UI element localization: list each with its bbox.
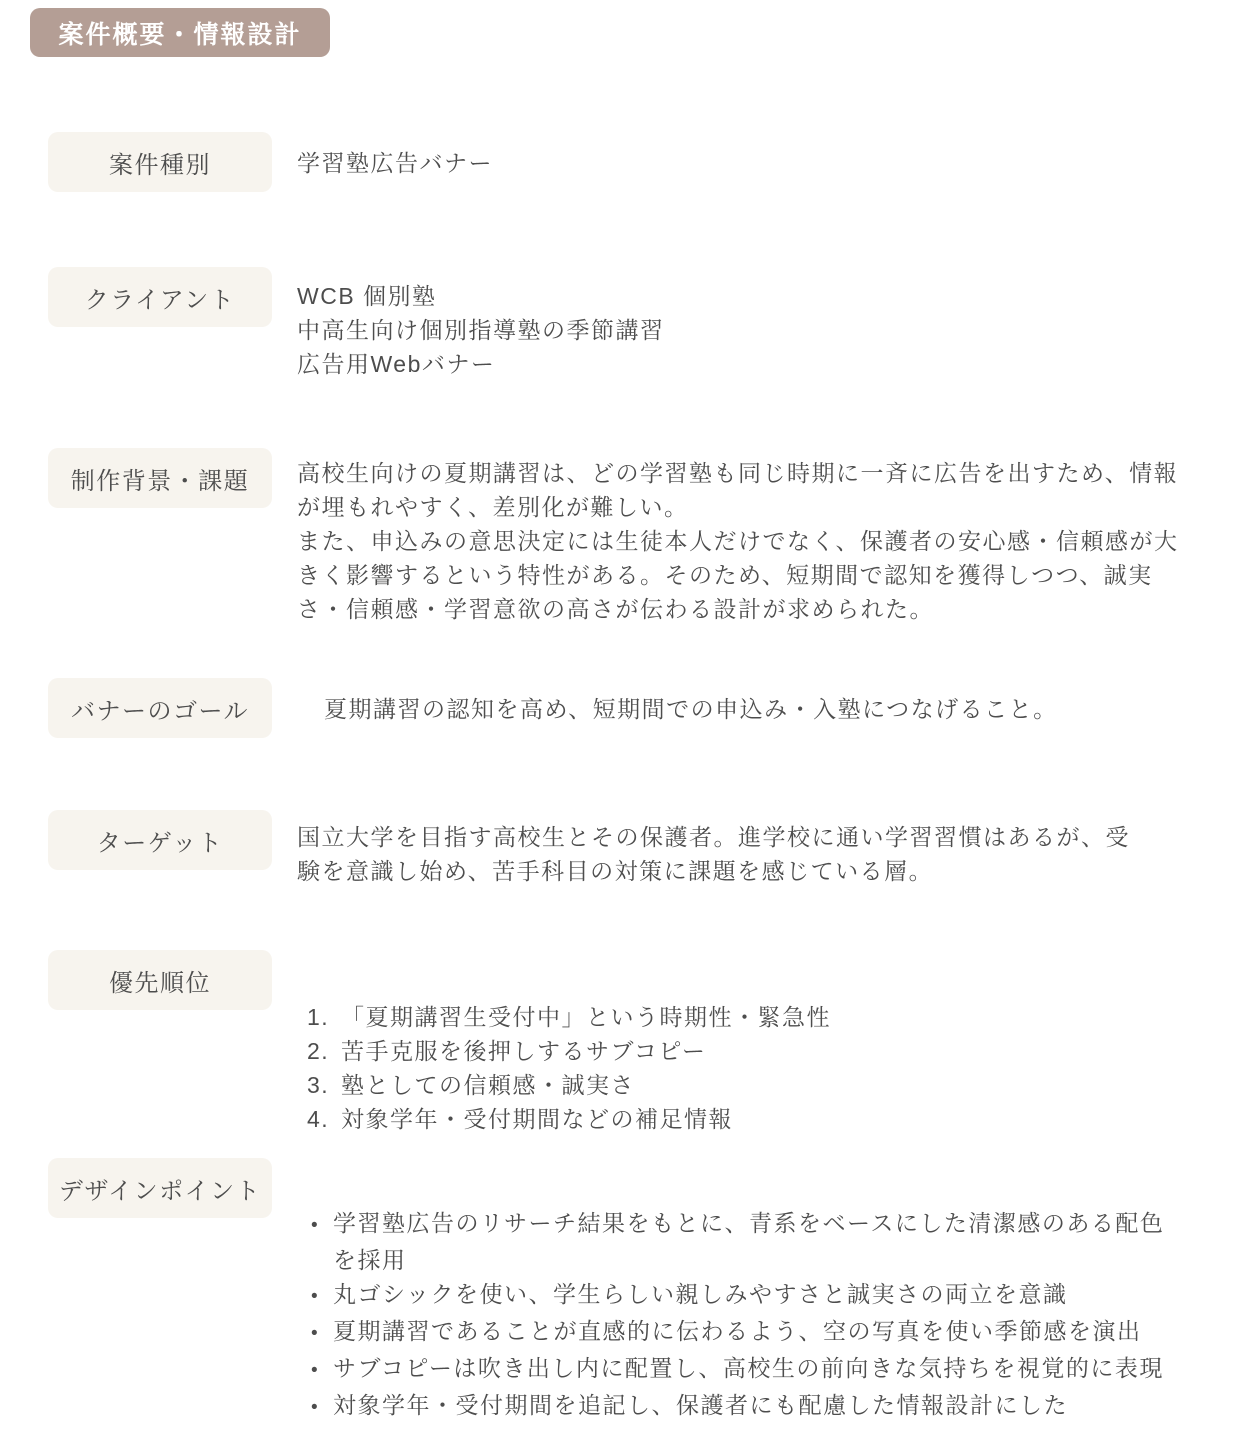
section-design-points: デザインポイント 学習塾広告のリサーチ結果をもとに、青系をベースにした清潔感のあ… bbox=[48, 1158, 1227, 1454]
section-background-issues: 制作背景・課題 高校生向けの夏期講習は、どの学習塾も同じ時期に一斉に広告を出すた… bbox=[48, 448, 1227, 626]
section-banner-goal: バナーのゴール 夏期講習の認知を高め、短期間での申込み・入塾につなげること。 bbox=[48, 678, 1227, 738]
section-design-points-label: デザインポイント bbox=[48, 1158, 272, 1218]
section-priority-value: 「夏期講習生受付中」という時期性・緊急性苦手克服を後押しするサブコピー塾としての… bbox=[297, 950, 1227, 1170]
section-priority: 優先順位 「夏期講習生受付中」という時期性・緊急性苦手克服を後押しするサブコピー… bbox=[48, 950, 1227, 1170]
section-client-value: WCB 個別塾 中高生向け個別指導塾の季節講習 広告用Webバナー bbox=[297, 267, 1227, 381]
section-background-issues-label: 制作背景・課題 bbox=[48, 448, 272, 508]
list-item: 学習塾広告のリサーチ結果をもとに、青系をベースにした清潔感のある配色 を採用 bbox=[307, 1206, 1227, 1277]
section-target: ターゲット 国立大学を目指す高校生とその保護者。進学校に通い学習習慣はあるが、受… bbox=[48, 810, 1227, 888]
list-item: 丸ゴシックを使い、学生らしい親しみやすさと誠実さの両立を意識 bbox=[307, 1277, 1227, 1314]
section-project-type-value: 学習塾広告バナー bbox=[297, 132, 1227, 180]
list-item: 「夏期講習生受付中」という時期性・緊急性 bbox=[307, 1000, 1227, 1034]
list-item: 塾としての信頼感・誠実さ bbox=[307, 1068, 1227, 1102]
section-target-label: ターゲット bbox=[48, 810, 272, 870]
list-item: 夏期講習であることが直感的に伝わるよう、空の写真を使い季節感を演出 bbox=[307, 1314, 1227, 1351]
section-client-label: クライアント bbox=[48, 267, 272, 327]
priority-list: 「夏期講習生受付中」という時期性・緊急性苦手克服を後押しするサブコピー塾としての… bbox=[297, 1000, 1227, 1136]
section-banner-goal-label: バナーのゴール bbox=[48, 678, 272, 738]
list-item: 苦手克服を後押しするサブコピー bbox=[307, 1034, 1227, 1068]
section-design-points-value: 学習塾広告のリサーチ結果をもとに、青系をベースにした清潔感のある配色 を採用丸ゴ… bbox=[297, 1158, 1227, 1454]
section-target-value: 国立大学を目指す高校生とその保護者。進学校に通い学習習慣はあるが、受 験を意識し… bbox=[297, 810, 1227, 888]
section-client: クライアント WCB 個別塾 中高生向け個別指導塾の季節講習 広告用Webバナー bbox=[48, 267, 1227, 381]
section-project-type-label: 案件種別 bbox=[48, 132, 272, 192]
section-project-type: 案件種別 学習塾広告バナー bbox=[48, 132, 1227, 192]
section-background-issues-value: 高校生向けの夏期講習は、どの学習塾も同じ時期に一斉に広告を出すため、情報 が埋も… bbox=[297, 448, 1227, 626]
list-item: 対象学年・受付期間などの補足情報 bbox=[307, 1102, 1227, 1136]
section-banner-goal-value: 夏期講習の認知を高め、短期間での申込み・入塾につなげること。 bbox=[297, 678, 1227, 726]
list-item: サブコピーは吹き出し内に配置し、高校生の前向きな気持ちを視覚的に表現 bbox=[307, 1351, 1227, 1388]
design-points-list: 学習塾広告のリサーチ結果をもとに、青系をベースにした清潔感のある配色 を採用丸ゴ… bbox=[297, 1206, 1227, 1425]
section-priority-label: 優先順位 bbox=[48, 950, 272, 1010]
list-item: 対象学年・受付期間を追記し、保護者にも配慮した情報設計にした bbox=[307, 1388, 1227, 1425]
page-title-badge: 案件概要・情報設計 bbox=[30, 8, 330, 57]
